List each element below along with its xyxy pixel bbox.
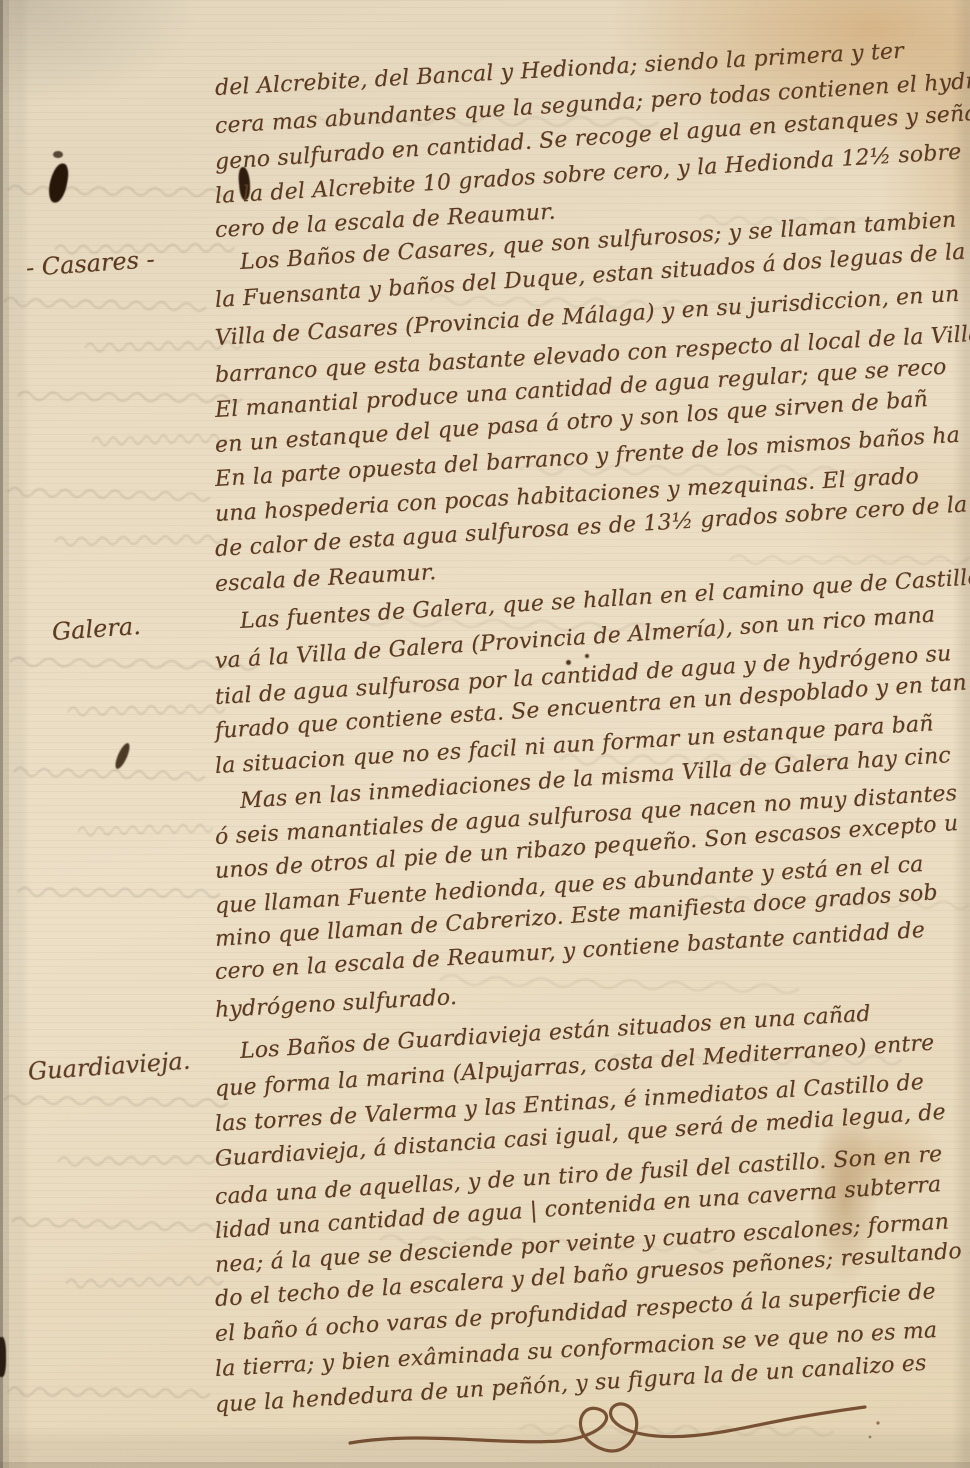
ink-speck	[585, 654, 589, 658]
manuscript-page: - Casares - Galera. Guardiavieja. del Al…	[0, 0, 970, 1468]
ink-blot	[0, 1337, 6, 1377]
flourish-mark	[330, 1385, 890, 1468]
ink-speck	[53, 151, 63, 158]
